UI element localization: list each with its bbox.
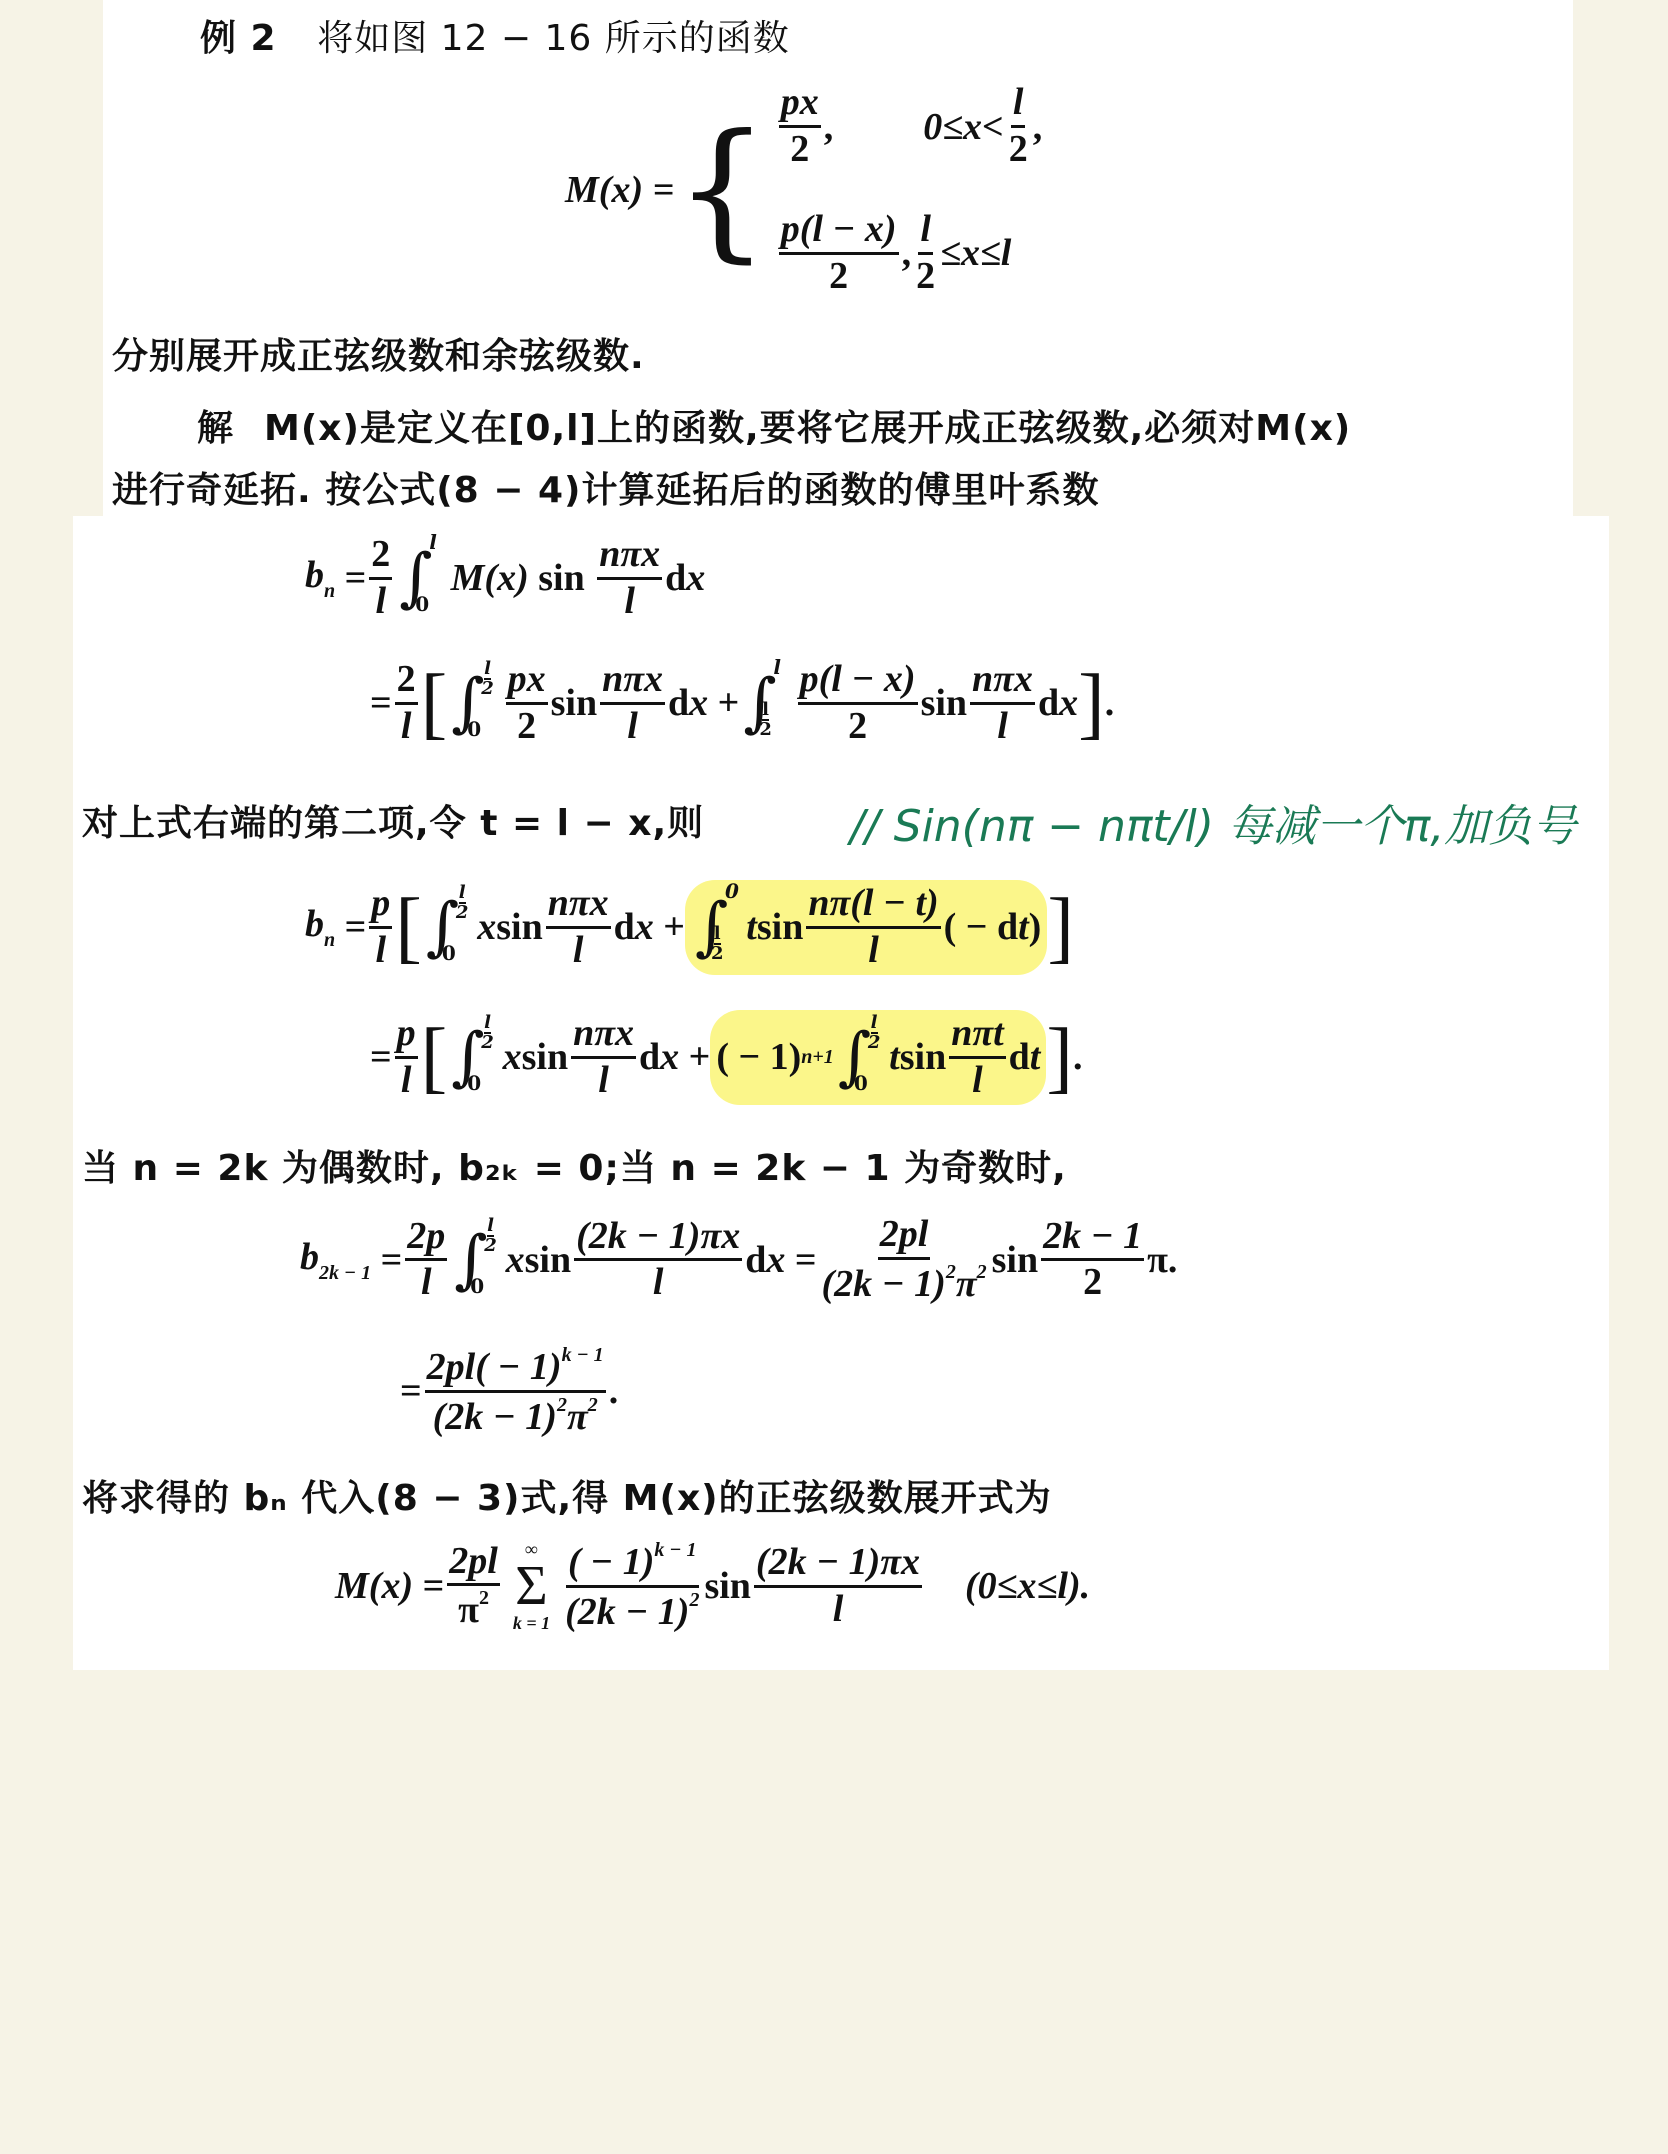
left-brace: { bbox=[674, 115, 769, 265]
equation-bn-simplified: =pl [ ∫l20 xsin nπxldx + ( − 1)n+1 ∫l20 … bbox=[370, 1010, 1082, 1105]
parity-text: 当 n = 2k 为偶数时, b₂ₖ = 0;当 n = 2k − 1 为奇数时… bbox=[82, 1140, 1067, 1191]
example-intro: 将如图 12 − 16 所示的函数 bbox=[317, 18, 790, 59]
equation-bn-definition: bn = 2l ∫l0 M(x) sin nπxldx bbox=[305, 535, 705, 622]
solution-line-2: 进行奇延拓. 按公式(8 − 4)计算延拓后的函数的傅里叶系数 bbox=[112, 462, 1099, 513]
equation-bn-substituted: bn = pl [ ∫l20 xsin nπxldx + ∫0l2 tsin n… bbox=[305, 880, 1074, 975]
case-1: px2, 0≤x< l2, bbox=[776, 83, 1043, 170]
piecewise-function: M(x) = { px2, 0≤x< l2, p(l − x)2, l2 ≤x≤… bbox=[565, 80, 1042, 300]
example-label: 例 2 bbox=[200, 18, 277, 59]
case-2: p(l − x)2, l2 ≤x≤l bbox=[776, 210, 1043, 297]
task-text: 分别展开成正弦级数和余弦级数. bbox=[112, 328, 645, 379]
highlighted-term-2: ( − 1)n+1 ∫l20 tsin nπtldt bbox=[710, 1010, 1046, 1105]
equation-bn-split: =2l [ ∫l20 px2sin nπxldx + ∫ll2 p(l − x)… bbox=[370, 660, 1114, 747]
highlighted-term-1: ∫0l2 tsin nπ(l − t)l( − dt) bbox=[685, 880, 1047, 975]
solution-label: 解 bbox=[197, 408, 234, 449]
example-heading: 例 2 将如图 12 − 16 所示的函数 bbox=[200, 10, 790, 61]
substitute-text: 将求得的 bₙ 代入(8 − 3)式,得 M(x)的正弦级数展开式为 bbox=[82, 1470, 1052, 1521]
function-name: M(x) = bbox=[565, 168, 674, 212]
handwritten-annotation: // Sin(nπ − nπt/l) 每减一个π,加负号 bbox=[850, 790, 1576, 854]
equation-b2k-1: b2k − 1 = 2pl ∫l20 xsin (2k − 1)πxldx = … bbox=[300, 1215, 1177, 1305]
equation-sine-series: M(x) = 2plπ2 ∞ Σ k = 1 ( − 1)k − 1(2k − … bbox=[335, 1540, 1090, 1633]
solution-line-1: 解M(x)是定义在[0,l]上的函数,要将它展开成正弦级数,必须对M(x) bbox=[112, 400, 1351, 451]
equation-b2k-1-result: =2pl( − 1)k − 1(2k − 1)2π2. bbox=[400, 1345, 618, 1438]
substitution-text: 对上式右端的第二项,令 t = l − x,则 bbox=[82, 795, 704, 846]
